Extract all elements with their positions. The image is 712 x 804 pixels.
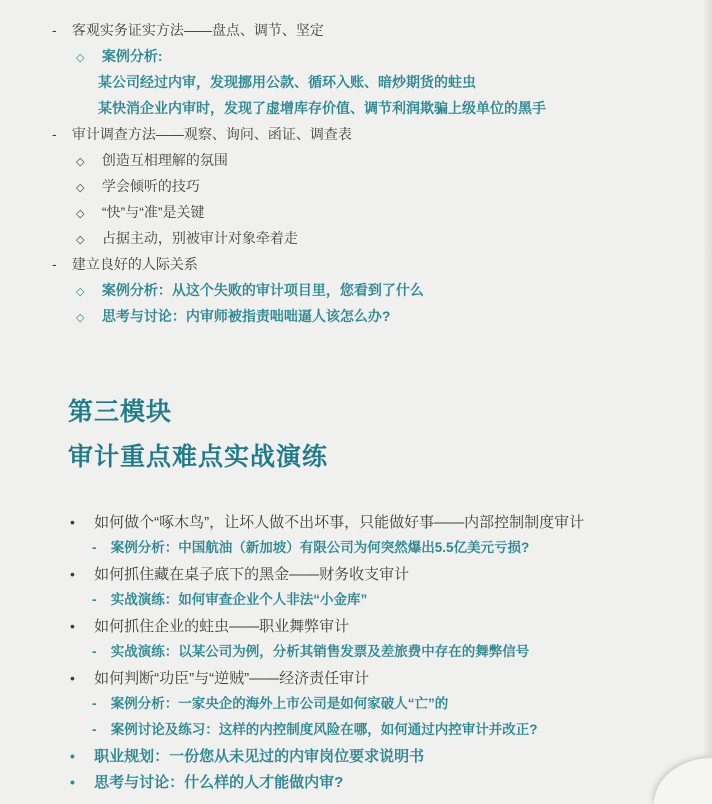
outline-item: 某快消企业内审时，发现了虚增库存价值、调节利润欺骗上级单位的黑手 [0, 95, 712, 121]
module3-heading-line2: 审计重点难点实战演练 [68, 435, 328, 480]
outline-item-text: 实战演练：以某公司为例，分析其销售发票及差旅费中存在的舞弊信号 [111, 644, 530, 659]
outline-item: - 建立良好的人际关系 [0, 251, 712, 277]
bullet-marker: ◇ [76, 45, 98, 69]
bullet-marker: - [92, 691, 107, 717]
outline-item: ◇ “快”与“准”是关键 [0, 199, 712, 225]
bullet-marker: • [70, 613, 90, 639]
outline-item: • 思考与讨论：什么样的人才能做内审? [0, 769, 712, 795]
outline-item: 某公司经过内审，发现挪用公款、循环入账、暗炒期货的蛀虫 [0, 69, 712, 95]
module3-outline-list: • 如何做个“啄木鸟”，让坏人做不出坏事，只能做好事——内部控制制度审计 - 案… [0, 509, 712, 795]
outline-item: - 案例分析：中国航油（新加坡）有限公司为何突然爆出5.5亿美元亏损? [0, 535, 712, 561]
outline-item-text: 占据主动，别被审计对象牵着走 [102, 230, 298, 246]
bullet-marker: • [70, 509, 90, 535]
outline-item-text: 如何抓住藏在桌子底下的黑金——财务收支审计 [94, 566, 409, 583]
bullet-marker: • [70, 769, 90, 795]
bullet-marker: ◇ [76, 227, 98, 251]
outline-item-text: 如何判断“功臣”与“逆贼”——经济责任审计 [94, 670, 369, 687]
outline-item: ◇ 创造互相理解的氛围 [0, 147, 712, 173]
outline-item-text: 客观实务证实方法——盘点、调节、坚定 [72, 22, 324, 38]
outline-item-text: 创造互相理解的氛围 [102, 152, 228, 168]
outline-item-text: 案例分析: [102, 48, 163, 64]
outline-item: ◇ 案例分析: [0, 43, 712, 69]
outline-item-text: 学会倾听的技巧 [102, 178, 200, 194]
outline-item-text: 职业规划：一份您从未见过的内审岗位要求说明书 [94, 748, 424, 765]
outline-item: - 实战演练：如何审查企业个人非法“小金库” [0, 587, 712, 613]
outline-item: - 审计调查方法——观察、询问、函证、调查表 [0, 121, 712, 147]
bullet-marker: - [92, 535, 107, 561]
outline-item-text: 某公司经过内审，发现挪用公款、循环入账、暗炒期货的蛀虫 [98, 74, 476, 90]
outline-item: ◇ 思考与讨论：内审师被指责咄咄逼人该怎么办? [0, 303, 712, 329]
bullet-marker: • [70, 561, 90, 587]
module3-heading: 第三模块 审计重点难点实战演练 [68, 390, 328, 480]
outline-item: • 职业规划：一份您从未见过的内审岗位要求说明书 [0, 743, 712, 769]
outline-item: - 客观实务证实方法——盘点、调节、坚定 [0, 17, 712, 43]
outline-item-text: 某快消企业内审时，发现了虚增库存价值、调节利润欺骗上级单位的黑手 [98, 100, 546, 116]
bullet-marker: ◇ [76, 305, 98, 329]
bullet-marker: - [52, 17, 68, 43]
document-page: - 客观实务证实方法——盘点、调节、坚定 ◇ 案例分析: 某公司经过内审，发现挪… [0, 0, 712, 804]
outline-item-text: 案例分析：一家央企的海外上市公司是如何家破人“亡”的 [111, 696, 449, 711]
outline-item: - 实战演练：以某公司为例，分析其销售发票及差旅费中存在的舞弊信号 [0, 639, 712, 665]
bullet-marker: ◇ [76, 279, 98, 303]
outline-item: - 案例分析：一家央企的海外上市公司是如何家破人“亡”的 [0, 691, 712, 717]
outline-item: • 如何抓住企业的蛀虫——职业舞弊审计 [0, 613, 712, 639]
outline-item-text: 审计调查方法——观察、询问、函证、调查表 [72, 126, 352, 142]
outline-item: • 如何抓住藏在桌子底下的黑金——财务收支审计 [0, 561, 712, 587]
outline-item-text: 实战演练：如何审查企业个人非法“小金库” [111, 592, 368, 607]
outline-item-text: 如何做个“啄木鸟”，让坏人做不出坏事，只能做好事——内部控制制度审计 [94, 514, 584, 531]
outline-item-text: 案例分析：中国航油（新加坡）有限公司为何突然爆出5.5亿美元亏损? [111, 540, 530, 555]
bullet-marker: - [92, 587, 107, 613]
bullet-marker: - [92, 639, 107, 665]
outline-item-text: 思考与讨论：内审师被指责咄咄逼人该怎么办? [102, 308, 391, 324]
bullet-marker: ◇ [76, 175, 98, 199]
outline-item: ◇ 案例分析：从这个失败的审计项目里，您看到了什么 [0, 277, 712, 303]
module3-heading-line1: 第三模块 [68, 390, 328, 435]
outline-item-text: 案例讨论及练习：这样的内控制度风险在哪，如何通过内控审计并改正? [111, 722, 538, 737]
bullet-marker: - [52, 251, 68, 277]
bullet-marker: • [70, 743, 90, 769]
outline-item-text: 如何抓住企业的蛀虫——职业舞弊审计 [94, 618, 349, 635]
bullet-marker: • [70, 665, 90, 691]
outline-item-text: 建立良好的人际关系 [72, 256, 198, 272]
outline-item: • 如何做个“啄木鸟”，让坏人做不出坏事，只能做好事——内部控制制度审计 [0, 509, 712, 535]
outline-item-text: 案例分析：从这个失败的审计项目里，您看到了什么 [102, 282, 424, 298]
bullet-marker: - [52, 121, 68, 147]
bullet-marker: ◇ [76, 149, 98, 173]
module2-outline-list: - 客观实务证实方法——盘点、调节、坚定 ◇ 案例分析: 某公司经过内审，发现挪… [0, 17, 712, 329]
outline-item: - 案例讨论及练习：这样的内控制度风险在哪，如何通过内控审计并改正? [0, 717, 712, 743]
outline-item: ◇ 占据主动，别被审计对象牵着走 [0, 225, 712, 251]
bullet-marker: ◇ [76, 201, 98, 225]
outline-item: ◇ 学会倾听的技巧 [0, 173, 712, 199]
outline-item-text: 思考与讨论：什么样的人才能做内审? [94, 774, 343, 791]
bullet-marker: - [92, 717, 107, 743]
outline-item-text: “快”与“准”是关键 [102, 204, 205, 220]
outline-item: • 如何判断“功臣”与“逆贼”——经济责任审计 [0, 665, 712, 691]
